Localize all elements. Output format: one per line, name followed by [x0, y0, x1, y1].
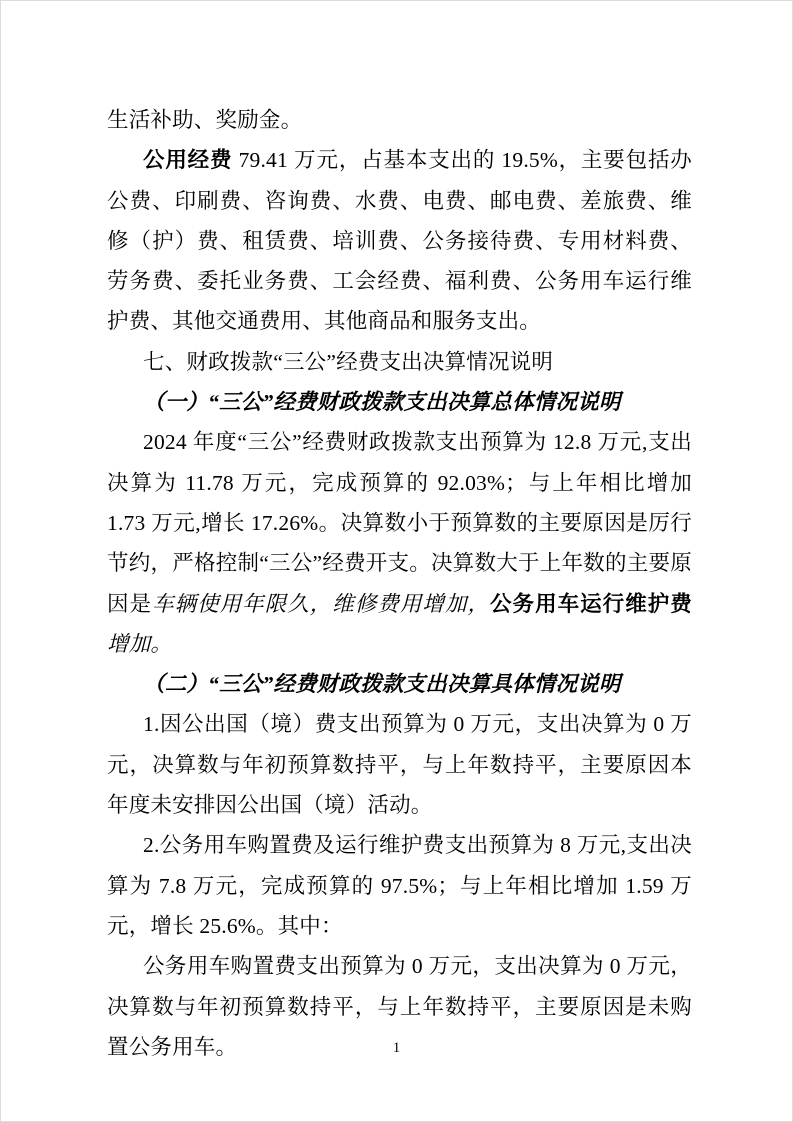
paragraph-overall-situation: 2024 年度“三公”经费财政拨款支出预算为 12.8 万元,支出决算为 11.… [107, 422, 692, 664]
kai-run-vehicle-age: 车辆使用年限久，维修费用增加， [152, 592, 490, 616]
heading-subsection-one: （一）“三公”经费财政拨款支出决算总体情况说明 [107, 382, 692, 422]
text-run: 生活补助、奖励金。 [107, 108, 302, 132]
page-number: 1 [1, 1039, 792, 1057]
document-body: 生活补助、奖励金。 公用经费 79.41 万元，占基本支出的 19.5%，主要包… [107, 100, 692, 1067]
heading-text: 七、财政拨款“三公”经费支出决算情况说明 [143, 350, 553, 374]
paragraph-continuation: 生活补助、奖励金。 [107, 100, 692, 140]
paragraph-abroad-expense: 1.因公出国（境）费支出预算为 0 万元，支出决算为 0 万元，决算数与年初预算… [107, 704, 692, 825]
kai-run-increase: 增加。 [107, 632, 172, 656]
heading-section-seven: 七、财政拨款“三公”经费支出决算情况说明 [107, 342, 692, 382]
paragraph-vehicle-total-expense: 2.公务用车购置费及运行维护费支出预算为 8 万元,支出决算为 7.8 万元，完… [107, 825, 692, 946]
bold-run-public-funds: 公用经费 [143, 148, 232, 172]
text-run: 2.公务用车购置费及运行维护费支出预算为 8 万元,支出决算为 7.8 万元，完… [107, 833, 692, 938]
bold-run-vehicle-maintenance: 公务用车运行维护费 [490, 592, 692, 616]
heading-text: （一）“三公”经费财政拨款支出决算总体情况说明 [143, 390, 621, 414]
text-run: 1.因公出国（境）费支出预算为 0 万元，支出决算为 0 万元，决算数与年初预算… [107, 712, 692, 817]
heading-subsection-two: （二）“三公”经费财政拨款支出决算具体情况说明 [107, 664, 692, 704]
text-run: 2024 年度“三公”经费财政拨款支出预算为 12.8 万元,支出决算为 11.… [107, 430, 692, 615]
paragraph-public-funds: 公用经费 79.41 万元，占基本支出的 19.5%，主要包括办公费、印刷费、咨… [107, 140, 692, 341]
document-page: 生活补助、奖励金。 公用经费 79.41 万元，占基本支出的 19.5%，主要包… [0, 0, 793, 1122]
heading-text: （二）“三公”经费财政拨款支出决算具体情况说明 [143, 672, 621, 696]
text-run: 79.41 万元，占基本支出的 19.5%，主要包括办公费、印刷费、咨询费、水费… [107, 148, 692, 333]
